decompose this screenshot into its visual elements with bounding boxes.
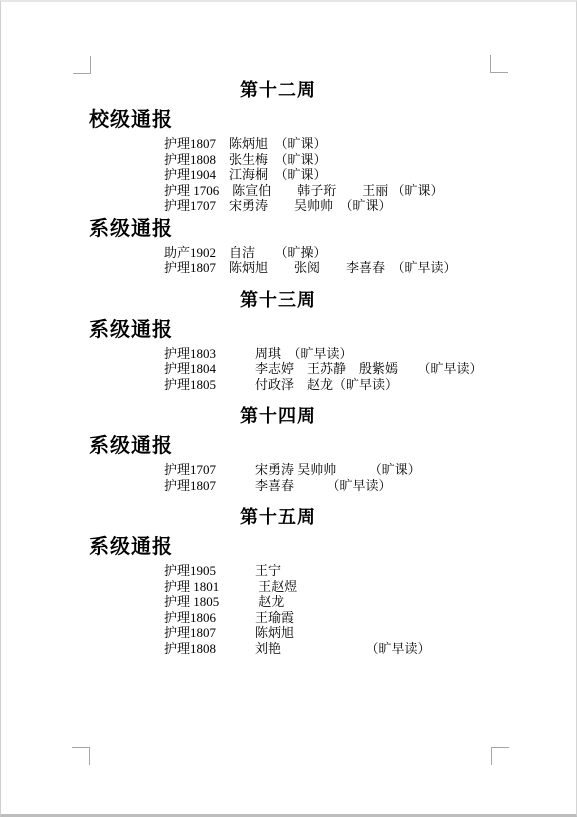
entry-line[interactable]: 护理1707 宋勇涛 吴帅帅 （旷课）	[89, 198, 491, 214]
entry-line[interactable]: 护理1808 张生梅 （旷课）	[89, 152, 491, 168]
entry-line[interactable]: 护理1808 刘艳 （旷早读）	[89, 641, 491, 657]
entry-line[interactable]: 护理1804 李志婷 王苏静 殷紫嫣 （旷早读）	[89, 361, 491, 377]
entry-line[interactable]: 护理 1805 赵龙	[89, 594, 491, 610]
entry-line[interactable]: 护理1707 宋勇涛 吴帅帅 （旷课）	[89, 462, 491, 478]
week-title[interactable]: 第十二周	[89, 80, 467, 100]
entry-line[interactable]: 护理1904 江海桐 （旷课）	[89, 167, 491, 183]
entry-line[interactable]: 护理1807 陈炳旭 （旷课）	[89, 136, 491, 152]
section-heading-school-level[interactable]: 校级通报	[89, 109, 491, 131]
entry-line[interactable]: 护理1807 李喜春 （旷早读）	[89, 478, 491, 494]
section-heading-department-level[interactable]: 系级通报	[89, 435, 491, 457]
entry-list: 护理1803 周琪 （旷早读） 护理1804 李志婷 王苏静 殷紫嫣 （旷早读）…	[89, 346, 491, 393]
week-title[interactable]: 第十三周	[89, 290, 467, 310]
text-boundary-mark-bottom-right	[491, 747, 509, 765]
entry-line[interactable]: 护理 1801 王赵煜	[89, 579, 491, 595]
section-heading-department-level[interactable]: 系级通报	[89, 319, 491, 341]
entry-list: 护理1905 王宁 护理 1801 王赵煜 护理 1805 赵龙 护理1806 …	[89, 563, 491, 656]
section-heading-department-level[interactable]: 系级通报	[89, 218, 491, 240]
week-title[interactable]: 第十四周	[89, 406, 467, 426]
entry-line[interactable]: 护理1805 付政泽 赵龙（旷早读）	[89, 377, 491, 393]
entry-line[interactable]: 护理 1706 陈宣伯 韩子珩 王丽 （旷课）	[89, 183, 491, 199]
entry-line[interactable]: 护理1803 周琪 （旷早读）	[89, 346, 491, 362]
entry-line[interactable]: 护理1807 陈炳旭 张阅 李喜春 （旷早读）	[89, 260, 491, 276]
entry-line[interactable]: 护理1806 王瑜霞	[89, 610, 491, 626]
document-page: 第十二周 校级通报 护理1807 陈炳旭 （旷课） 护理1808 张生梅 （旷课…	[0, 0, 577, 817]
week-title[interactable]: 第十五周	[89, 507, 467, 527]
text-boundary-mark-bottom-left	[72, 747, 90, 765]
section-heading-department-level[interactable]: 系级通报	[89, 536, 491, 558]
entry-list: 护理1707 宋勇涛 吴帅帅 （旷课） 护理1807 李喜春 （旷早读）	[89, 462, 491, 493]
entry-line[interactable]: 助产1902 自洁 （旷操）	[89, 245, 491, 261]
entry-line[interactable]: 护理1905 王宁	[89, 563, 491, 579]
entry-list: 护理1807 陈炳旭 （旷课） 护理1808 张生梅 （旷课） 护理1904 江…	[89, 136, 491, 214]
document-content: 第十二周 校级通报 护理1807 陈炳旭 （旷课） 护理1808 张生梅 （旷课…	[89, 64, 491, 660]
text-boundary-mark-top-right	[490, 55, 508, 73]
entry-line[interactable]: 护理1807 陈炳旭	[89, 625, 491, 641]
entry-list: 助产1902 自洁 （旷操） 护理1807 陈炳旭 张阅 李喜春 （旷早读）	[89, 245, 491, 276]
